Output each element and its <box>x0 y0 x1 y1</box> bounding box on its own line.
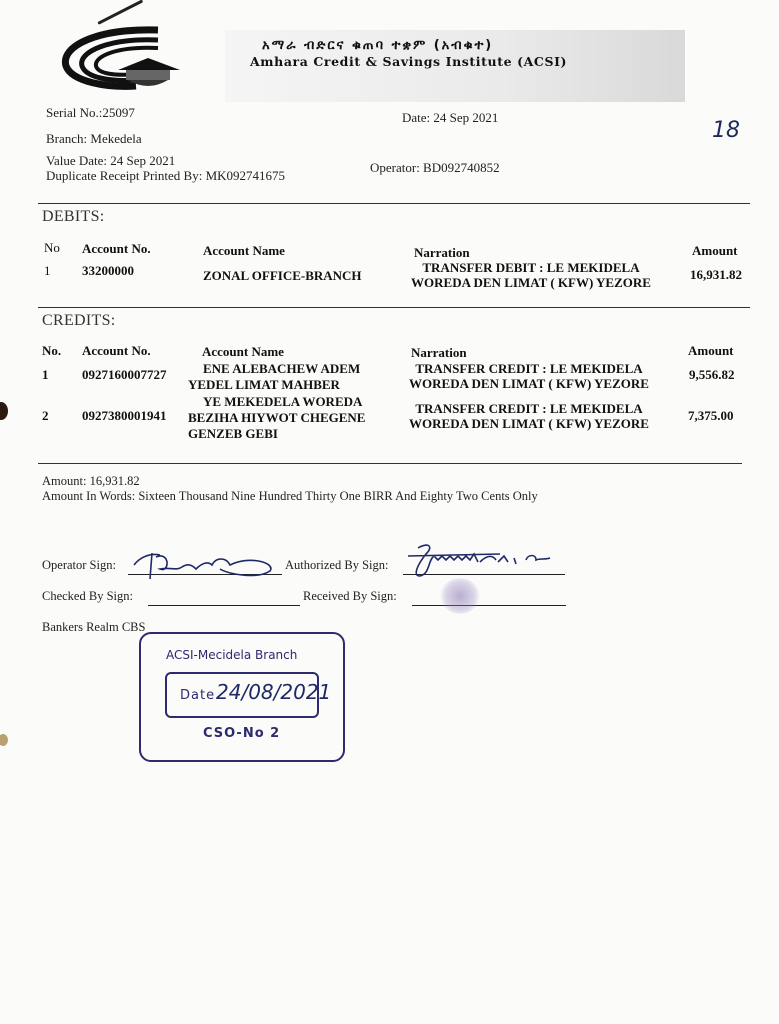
stamp-date-handwritten: 24/08/2021 <box>216 680 331 704</box>
received-sign-label: Received By Sign: <box>303 589 397 604</box>
debits-col-amount: Amount <box>692 243 738 259</box>
credit-account-name-line1: YE MEKEDELA WOREDA <box>188 394 365 410</box>
stamp-cso-number: CSO-No 2 <box>203 726 280 741</box>
debit-narration-line1: TRANSFER DEBIT : LE MEKIDELA <box>396 260 666 275</box>
handwritten-page-number: 18 <box>712 118 740 143</box>
debits-col-account-no: Account No. <box>82 241 151 257</box>
credit-account-name-line1: ENE ALEBACHEW ADEM <box>188 361 360 377</box>
credit-account-name: ENE ALEBACHEW ADEM YEDEL LIMAT MAHBER <box>188 361 360 393</box>
credit-narration-line2: WOREDA DEN LIMAT ( KFW) YEZORE <box>394 416 664 431</box>
checked-sign-line <box>148 589 300 606</box>
pen-mark <box>97 0 143 25</box>
authorized-signature-icon <box>404 540 564 582</box>
credit-account-name-line2: YEDEL LIMAT MAHBER <box>188 377 360 393</box>
credit-narration-line2: WOREDA DEN LIMAT ( KFW) YEZORE <box>394 376 664 391</box>
debits-col-account-name: Account Name <box>203 243 285 259</box>
credit-narration: TRANSFER CREDIT : LE MEKIDELA WOREDA DEN… <box>394 361 664 391</box>
credit-account-no: 0927160007727 <box>82 367 167 383</box>
credit-narration-line1: TRANSFER CREDIT : LE MEKIDELA <box>394 401 664 416</box>
credit-row-no: 1 <box>42 367 49 383</box>
printed-by: Duplicate Receipt Printed By: MK09274167… <box>46 168 285 184</box>
credit-account-name-line3: GENZEB GEBI <box>188 426 365 442</box>
debit-narration-line2: WOREDA DEN LIMAT ( KFW) YEZORE <box>396 275 666 290</box>
debit-amount: 16,931.82 <box>690 267 742 283</box>
system-name: Bankers Realm CBS <box>42 620 145 635</box>
divider <box>38 203 750 204</box>
credit-account-name: YE MEKEDELA WOREDA BEZIHA HIYWOT CHEGENE… <box>188 394 365 442</box>
serial-number: Serial No.:25097 <box>46 105 135 121</box>
credit-account-no: 0927380001941 <box>82 408 167 424</box>
credits-col-account-no: Account No. <box>82 343 151 359</box>
debits-col-narration: Narration <box>414 245 470 261</box>
acsi-logo-icon <box>58 24 184 94</box>
ink-smudge <box>440 578 480 614</box>
amount-in-words: Amount In Words: Sixteen Thousand Nine H… <box>42 489 538 504</box>
credits-col-account-name: Account Name <box>202 344 284 360</box>
operator-sign-label: Operator Sign: <box>42 558 116 573</box>
debit-account-name: ZONAL OFFICE-BRANCH <box>203 268 362 284</box>
divider <box>38 307 750 308</box>
staple-mark <box>0 734 8 746</box>
credits-col-narration: Narration <box>411 345 467 361</box>
credits-title: CREDITS: <box>42 312 116 330</box>
stamp-branch-name: ACSI-Mecidela Branch <box>166 648 297 662</box>
checked-sign-label: Checked By Sign: <box>42 589 133 604</box>
received-sign-line <box>412 589 566 606</box>
value-date: Value Date: 24 Sep 2021 <box>46 153 175 169</box>
operator-signature-icon <box>130 543 280 583</box>
authorized-sign-label: Authorized By Sign: <box>285 558 388 573</box>
credit-row-no: 2 <box>42 408 49 424</box>
operator-id: Operator: BD092740852 <box>370 160 500 176</box>
debits-title: DEBITS: <box>42 208 105 226</box>
divider <box>38 463 742 464</box>
credit-account-name-line2: BEZIHA HIYWOT CHEGENE <box>188 410 365 426</box>
debit-row-no: 1 <box>44 263 51 279</box>
stamp-date-label: Date <box>180 688 215 703</box>
punch-hole <box>0 402 8 420</box>
branch: Branch: Mekedela <box>46 131 142 147</box>
credits-col-no: No. <box>42 343 61 359</box>
credit-amount: 7,375.00 <box>688 408 734 424</box>
total-amount: Amount: 16,931.82 <box>42 474 140 489</box>
debit-account-no: 33200000 <box>82 263 134 279</box>
institution-title-amharic: አማራ ብድርና ቁጠባ ተቋም (አብቁተ) <box>262 38 493 53</box>
debit-narration: TRANSFER DEBIT : LE MEKIDELA WOREDA DEN … <box>396 260 666 290</box>
institution-title-english: Amhara Credit & Savings Institute (ACSI) <box>250 54 567 69</box>
receipt-date: Date: 24 Sep 2021 <box>402 110 498 126</box>
credits-col-amount: Amount <box>688 343 734 359</box>
debits-col-no: No <box>44 240 60 256</box>
credit-narration: TRANSFER CREDIT : LE MEKIDELA WOREDA DEN… <box>394 401 664 431</box>
credit-narration-line1: TRANSFER CREDIT : LE MEKIDELA <box>394 361 664 376</box>
credit-amount: 9,556.82 <box>689 367 735 383</box>
